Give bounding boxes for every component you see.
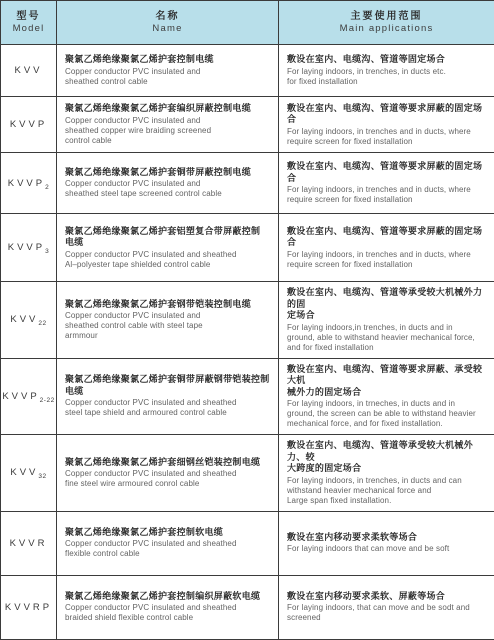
name-cell: 聚氯乙烯绝缘聚氯乙烯护套编织屏蔽控制电缆 Copper conductor PV…: [57, 97, 279, 153]
model-cell: KVV22: [1, 282, 57, 359]
cable-spec-table: 型号 Model 名称 Name 主要使用范围 Main application…: [0, 0, 494, 640]
model-code: KVVR: [10, 538, 48, 549]
applications-english: For laying indoors, in trenches and in d…: [287, 127, 489, 147]
column-header-name: 名称 Name: [57, 1, 279, 45]
table-row: KVVP3 聚氯乙烯绝缘聚氯乙烯护套铝塑复合带屏蔽控制 电缆 Copper co…: [1, 214, 494, 282]
model-cell: KVVP2-22: [1, 358, 57, 435]
model-code: KVVRP: [5, 602, 52, 613]
table-row: KVVRP 聚氯乙烯绝缘聚氯乙烯护套控制编织屏蔽软电缆 Copper condu…: [1, 575, 494, 639]
model-code: KVV: [10, 314, 38, 325]
model-code: KVVP: [10, 119, 47, 130]
model-code: KVVP: [8, 242, 45, 253]
model-code: KVVP: [8, 178, 45, 189]
column-header-applications: 主要使用范围 Main applications: [279, 1, 494, 45]
applications-english: For laying indoors, that can move and be…: [287, 603, 489, 623]
applications-cell: 敷设在室内、电缆沟、管道等要求屏蔽的固定场合 For laying indoor…: [279, 97, 494, 153]
name-chinese: 聚氯乙烯绝缘聚氯乙烯护套细钢丝铠装控制电缆: [65, 457, 273, 469]
applications-chinese: 敷设在室内、电缆沟、管道等要求屏蔽的固定场合: [287, 161, 489, 184]
name-chinese: 聚氯乙烯绝缘聚氯乙烯护套控制软电缆: [65, 527, 273, 539]
name-english: Copper conductor PVC insulated and sheat…: [65, 116, 273, 146]
column-header-model-en: Model: [3, 23, 54, 35]
applications-english: For laying indoors, in trenches, in duct…: [287, 476, 489, 506]
model-code: KVV: [10, 467, 38, 478]
model-subscript: 32: [38, 473, 46, 480]
column-header-model-zh: 型号: [3, 10, 54, 23]
applications-cell: 敷设在室内、电缆沟、管道等固定场合 For laying indoors, in…: [279, 45, 494, 97]
header-row: 型号 Model 名称 Name 主要使用范围 Main application…: [1, 1, 494, 45]
name-cell: 聚氯乙烯绝缘聚氯乙烯护套控制编织屏蔽软电缆 Copper conductor P…: [57, 575, 279, 639]
applications-cell: 敷设在室内移动要求柔软等场合 For laying indoors that c…: [279, 511, 494, 575]
name-cell: 聚氯乙烯绝缘聚氯乙烯护套控制软电缆 Copper conductor PVC i…: [57, 511, 279, 575]
model-cell: KVV: [1, 45, 57, 97]
model-cell: KVVR: [1, 511, 57, 575]
name-chinese: 聚氯乙烯绝缘聚氯乙烯护套控制编织屏蔽软电缆: [65, 591, 273, 603]
name-english: Copper conductor PVC insulated and sheat…: [65, 469, 273, 489]
name-chinese: 聚氯乙烯绝缘聚氯乙烯护套铜带屏蔽钢带铠装控制 电缆: [65, 374, 273, 397]
name-chinese: 聚氯乙烯绝缘聚氯乙烯护套编织屏蔽控制电缆: [65, 103, 273, 115]
name-english: Copper conductor PVC insulated and sheat…: [65, 398, 273, 418]
column-header-name-en: Name: [59, 23, 276, 35]
applications-english: For laying indoors that can move and be …: [287, 544, 489, 554]
table-row: KVVR 聚氯乙烯绝缘聚氯乙烯护套控制软电缆 Copper conductor …: [1, 511, 494, 575]
applications-cell: 敷设在室内、电缆沟、管道等要求屏蔽的固定场合 For laying indoor…: [279, 153, 494, 214]
name-english: Copper conductor PVC insulated and sheat…: [65, 67, 273, 87]
applications-chinese: 敷设在室内、电缆沟、管道等要求屏蔽、承受较大机 械外力的固定场合: [287, 364, 489, 399]
model-cell: KVVP: [1, 97, 57, 153]
column-header-applications-zh: 主要使用范围: [281, 10, 492, 23]
table-row: KVV32 聚氯乙烯绝缘聚氯乙烯护套细钢丝铠装控制电缆 Copper condu…: [1, 435, 494, 512]
name-chinese: 聚氯乙烯绝缘聚氯乙烯护套铝塑复合带屏蔽控制 电缆: [65, 226, 273, 249]
applications-chinese: 敷设在室内移动要求柔软、屏蔽等场合: [287, 591, 489, 603]
table-row: KVV 聚氯乙烯绝缘聚氯乙烯护套控制电缆 Copper conductor PV…: [1, 45, 494, 97]
name-cell: 聚氯乙烯绝缘聚氯乙烯护套铜带屏蔽控制电缆 Copper conductor PV…: [57, 153, 279, 214]
table-row: KVVP2 聚氯乙烯绝缘聚氯乙烯护套铜带屏蔽控制电缆 Copper conduc…: [1, 153, 494, 214]
applications-chinese: 敷设在室内、电缆沟、管道等要求屏蔽的固定场合: [287, 103, 489, 126]
applications-chinese: 敷设在室内、电缆沟、管道等要求屏蔽的固定场合: [287, 226, 489, 249]
model-subscript: 3: [45, 248, 49, 255]
table-row: KVVP 聚氯乙烯绝缘聚氯乙烯护套编织屏蔽控制电缆 Copper conduct…: [1, 97, 494, 153]
applications-cell: 敷设在室内移动要求柔软、屏蔽等场合 For laying indoors, th…: [279, 575, 494, 639]
name-english: Copper conductor PVC insulated and sheat…: [65, 539, 273, 559]
name-cell: 聚氯乙烯绝缘聚氯乙烯护套铝塑复合带屏蔽控制 电缆 Copper conducto…: [57, 214, 279, 282]
applications-chinese: 敷设在室内、电缆沟、管道等承受较大机械外力的固 定场合: [287, 287, 489, 322]
applications-chinese: 敷设在室内、电缆沟、管道等固定场合: [287, 54, 489, 66]
model-subscript: 2-22: [40, 397, 55, 404]
applications-english: For laying indoors, in trenches and in d…: [287, 185, 489, 205]
applications-cell: 敷设在室内、电缆沟、管道等要求屏蔽的固定场合 For laying indoor…: [279, 214, 494, 282]
model-subscript: 2: [45, 183, 49, 190]
table-row: KVVP2-22 聚氯乙烯绝缘聚氯乙烯护套铜带屏蔽钢带铠装控制 电缆 Coppe…: [1, 358, 494, 435]
column-header-applications-en: Main applications: [281, 23, 492, 35]
model-subscript: 22: [38, 320, 46, 327]
name-chinese: 聚氯乙烯绝缘聚氯乙烯护套铜带屏蔽控制电缆: [65, 167, 273, 179]
applications-cell: 敷设在室内、电缆沟、管道等承受较大机械外力、较 大跨度的固定场合 For lay…: [279, 435, 494, 512]
model-cell: KVVP2: [1, 153, 57, 214]
name-english: Copper conductor PVC insulated and sheat…: [65, 311, 273, 341]
name-english: Copper conductor PVC insulated and sheat…: [65, 179, 273, 199]
name-cell: 聚氯乙烯绝缘聚氯乙烯护套控制电缆 Copper conductor PVC in…: [57, 45, 279, 97]
name-english: Copper conductor PVC insulated and sheat…: [65, 603, 273, 623]
column-header-model: 型号 Model: [1, 1, 57, 45]
model-code: KVVP: [2, 391, 39, 402]
model-cell: KVV32: [1, 435, 57, 512]
model-cell: KVVP3: [1, 214, 57, 282]
applications-cell: 敷设在室内、电缆沟、管道等承受较大机械外力的固 定场合 For laying i…: [279, 282, 494, 359]
table-row: KVV22 聚氯乙烯绝缘聚氯乙烯护套钢带铠装控制电缆 Copper conduc…: [1, 282, 494, 359]
applications-english: For laying indoors, in trenches, in duct…: [287, 67, 489, 87]
column-header-name-zh: 名称: [59, 10, 276, 23]
model-cell: KVVRP: [1, 575, 57, 639]
model-code: KVV: [14, 65, 42, 76]
name-cell: 聚氯乙烯绝缘聚氯乙烯护套钢带铠装控制电缆 Copper conductor PV…: [57, 282, 279, 359]
applications-english: For laying indoors,in trenches, in ducts…: [287, 323, 489, 353]
applications-english: For laying indoors, in trneches, in duct…: [287, 399, 489, 429]
name-english: Copper conductor PVC insulated and sheat…: [65, 250, 273, 270]
name-chinese: 聚氯乙烯绝缘聚氯乙烯护套钢带铠装控制电缆: [65, 299, 273, 311]
name-cell: 聚氯乙烯绝缘聚氯乙烯护套铜带屏蔽钢带铠装控制 电缆 Copper conduct…: [57, 358, 279, 435]
applications-english: For laying indoors, in trenches and in d…: [287, 250, 489, 270]
name-chinese: 聚氯乙烯绝缘聚氯乙烯护套控制电缆: [65, 54, 273, 66]
applications-chinese: 敷设在室内、电缆沟、管道等承受较大机械外力、较 大跨度的固定场合: [287, 440, 489, 475]
applications-chinese: 敷设在室内移动要求柔软等场合: [287, 532, 489, 544]
applications-cell: 敷设在室内、电缆沟、管道等要求屏蔽、承受较大机 械外力的固定场合 For lay…: [279, 358, 494, 435]
name-cell: 聚氯乙烯绝缘聚氯乙烯护套细钢丝铠装控制电缆 Copper conductor P…: [57, 435, 279, 512]
